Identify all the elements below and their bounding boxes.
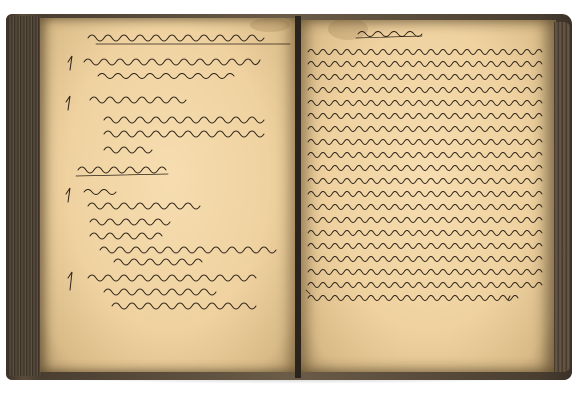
handwriting-right-page — [0, 0, 580, 397]
